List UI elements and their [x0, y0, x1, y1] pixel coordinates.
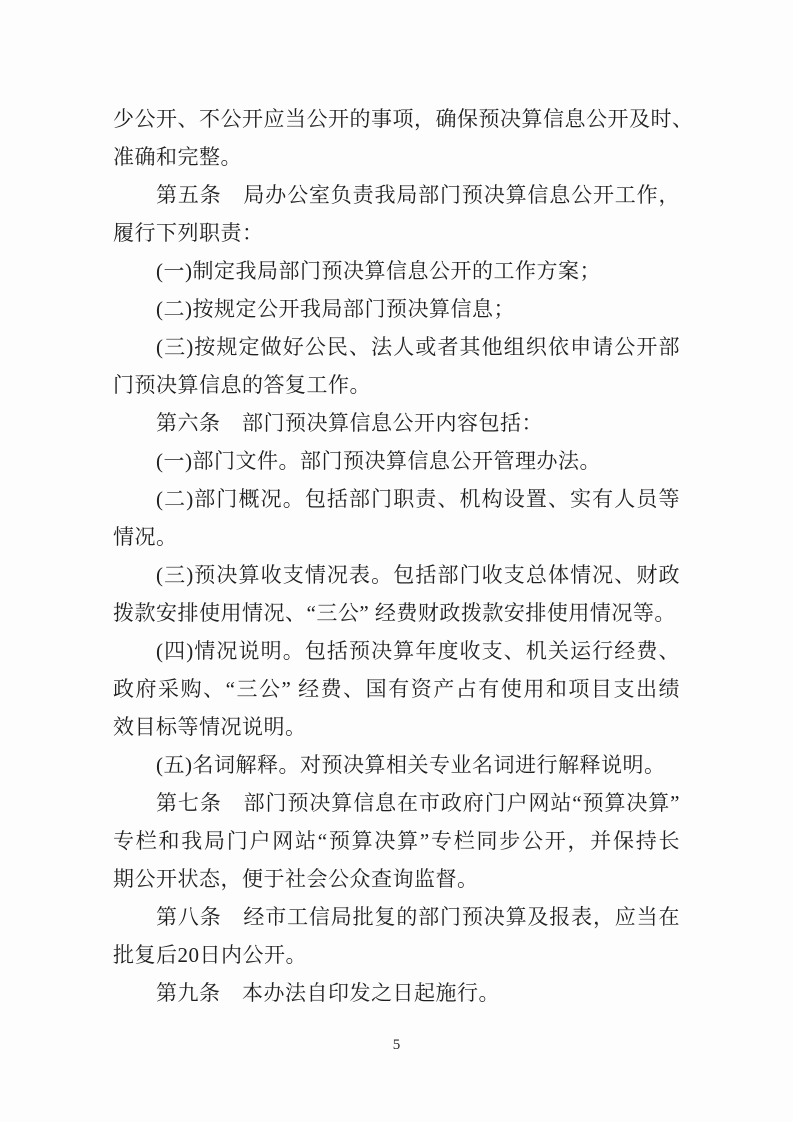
document-line: 政府采购、“三公” 经费、国有资产占有使用和项目支出绩: [113, 670, 680, 708]
document-line: (一)制定我局部门预决算信息公开的工作方案；: [113, 252, 680, 290]
document-line: 效目标等情况说明。: [113, 708, 680, 746]
document-line: (五)名词解释。对预决算相关专业名词进行解释说明。: [113, 746, 680, 784]
document-line: 第七条 部门预决算信息在市政府门户网站“预算决算”: [113, 784, 680, 822]
document-line: 第六条 部门预决算信息公开内容包括：: [113, 404, 680, 442]
document-line: (三)按规定做好公民、法人或者其他组织依申请公开部: [113, 328, 680, 366]
document-line: 第五条 局办公室负责我局部门预决算信息公开工作，: [113, 176, 680, 214]
document-line: 专栏和我局门户网站“预算决算”专栏同步公开，并保持长: [113, 822, 680, 860]
document-line: 期公开状态，便于社会公众查询监督。: [113, 860, 680, 898]
page-number: 5: [0, 1034, 793, 1056]
document-line: (二)按规定公开我局部门预决算信息；: [113, 290, 680, 328]
document-line: 第八条 经市工信局批复的部门预决算及报表，应当在: [113, 898, 680, 936]
document-line: 门预决算信息的答复工作。: [113, 366, 680, 404]
document-line: (一)部门文件。部门预决算信息公开管理办法。: [113, 442, 680, 480]
document-line: 履行下列职责：: [113, 214, 680, 252]
document-line: 少公开、不公开应当公开的事项，确保预决算信息公开及时、: [113, 100, 680, 138]
document-line: 第九条 本办法自印发之日起施行。: [113, 974, 680, 1012]
document-line: 情况。: [113, 518, 680, 556]
document-line: (二)部门概况。包括部门职责、机构设置、实有人员等: [113, 480, 680, 518]
document-line: (四)情况说明。包括预决算年度收支、机关运行经费、: [113, 632, 680, 670]
document-line: 准确和完整。: [113, 138, 680, 176]
document-line: 拨款安排使用情况、“三公” 经费财政拨款安排使用情况等。: [113, 594, 680, 632]
document-page: 少公开、不公开应当公开的事项，确保预决算信息公开及时、 准确和完整。 第五条 局…: [0, 0, 793, 1122]
page-content: 少公开、不公开应当公开的事项，确保预决算信息公开及时、 准确和完整。 第五条 局…: [113, 100, 680, 1012]
document-line: 批复后20日内公开。: [113, 936, 680, 974]
document-line: (三)预决算收支情况表。包括部门收支总体情况、财政: [113, 556, 680, 594]
